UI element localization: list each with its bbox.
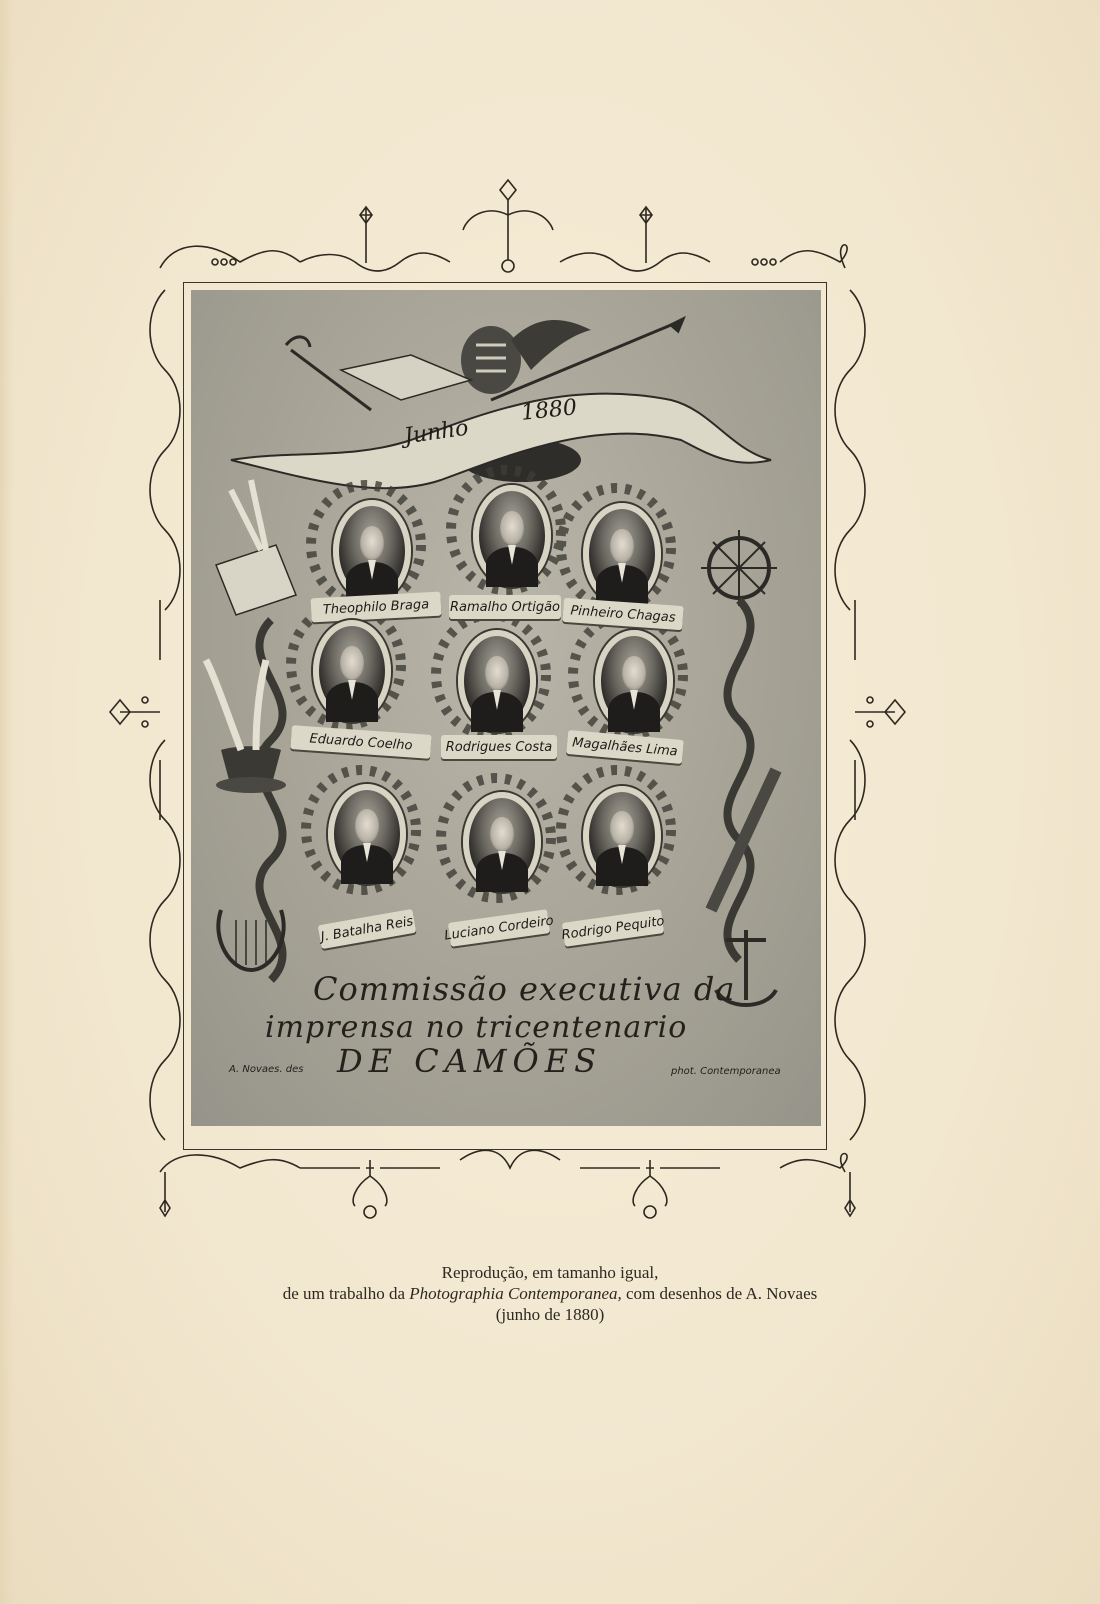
caption-line-2-suffix: com desenhos de A. Novaes (622, 1284, 817, 1303)
caption-line-2: de um trabalho da Photographia Contempor… (0, 1283, 1100, 1304)
name-label-5: Rodrigues Costa (441, 735, 557, 759)
motto-line-1: Commissão executiva da (313, 970, 735, 1008)
commemorative-plate: Junho 1880 Theophilo Braga Ramalho Ortig… (191, 290, 821, 1126)
portrait-7 (328, 784, 406, 884)
figure-caption: Reprodução, em tamanho igual, de um trab… (0, 1262, 1100, 1325)
portrait-3 (583, 503, 661, 605)
portrait-2 (473, 485, 551, 587)
portrait-4 (313, 620, 391, 722)
portrait-5 (458, 630, 536, 732)
caption-line-1: Reprodução, em tamanho igual, (0, 1262, 1100, 1283)
portrait-8 (463, 792, 541, 892)
name-label-2: Ramalho Ortigão (449, 595, 561, 619)
motto-line-3: DE CAMÕES (337, 1042, 602, 1080)
photographer-signature: phot. Contemporanea (671, 1066, 781, 1077)
portrait-9 (583, 786, 661, 886)
motto-line-2: imprensa no tricentenario (265, 1010, 687, 1045)
portrait-6 (595, 630, 673, 732)
caption-line-3: (junho de 1880) (0, 1304, 1100, 1325)
artist-signature: A. Novaes. des (229, 1064, 303, 1075)
portrait-1 (333, 500, 411, 602)
caption-publication-title: Photographia Contemporanea, (409, 1284, 622, 1303)
caption-line-2-prefix: de um trabalho da (283, 1284, 410, 1303)
